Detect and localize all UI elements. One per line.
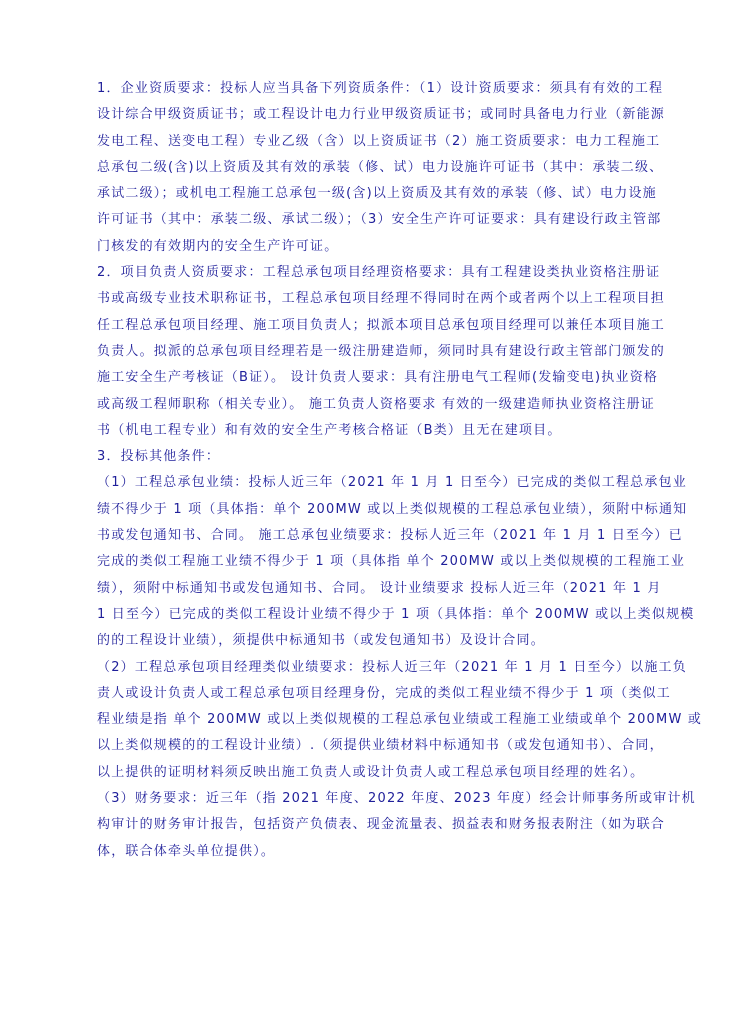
text-line: 绩），须附中标通知书或发包通知书、合同。 设计业绩要求 投标人近三年（2021 …: [97, 576, 642, 602]
text-line: 总承包二级(含)以上资质及其有效的承装（修、试）电力设施许可证书（其中：承装二级…: [97, 155, 642, 181]
text-line: 绩不得少于 1 项（具体指：单个 200MW 或以上类似规模的工程总承包业绩），…: [97, 497, 642, 523]
section-enterprise-qualification: 1．企业资质要求：投标人应当具备下列资质条件：（1）设计资质要求：须具有有效的工…: [97, 76, 642, 260]
text-line: 1．企业资质要求：投标人应当具备下列资质条件：（1）设计资质要求：须具有有效的工…: [97, 76, 642, 102]
section-financial-requirements: （3）财务要求：近三年（指 2021 年度、2022 年度、2023 年度）经会…: [97, 786, 642, 865]
text-line: （3）财务要求：近三年（指 2021 年度、2022 年度、2023 年度）经会…: [97, 786, 642, 812]
text-line: 门核发的有效期内的安全生产许可证。: [97, 234, 642, 260]
text-line: 负责人。拟派的总承包项目经理若是一级注册建造师，须同时具有建设行政主管部门颁发的: [97, 339, 642, 365]
text-line: 责人或设计负责人或工程总承包项目经理身份，完成的类似工程业绩不得少于 1 项（类…: [97, 681, 642, 707]
section-epc-performance: （1）工程总承包业绩：投标人近三年（2021 年 1 月 1 日至今）已完成的类…: [97, 470, 642, 654]
text-line: 许可证书（其中：承装二级、承试二级）；（3）安全生产许可证要求：具有建设行政主管…: [97, 207, 642, 233]
text-line: 1 日至今）已完成的类似工程设计业绩不得少于 1 项（具体指：单个 200MW …: [97, 602, 642, 628]
text-line: 体，联合体牵头单位提供）。: [97, 839, 642, 865]
section-project-leader-qualification: 2．项目负责人资质要求：工程总承包项目经理资格要求：具有工程建设类执业资格注册证…: [97, 260, 642, 444]
document-body: 1．企业资质要求：投标人应当具备下列资质条件：（1）设计资质要求：须具有有效的工…: [97, 76, 642, 865]
text-line: 发电工程、送变电工程）专业乙级（含）以上资质证书（2）施工资质要求：电力工程施工: [97, 129, 642, 155]
text-line: 2．项目负责人资质要求：工程总承包项目经理资格要求：具有工程建设类执业资格注册证: [97, 260, 642, 286]
text-line: （2）工程总承包项目经理类似业绩要求：投标人近三年（2021 年 1 月 1 日…: [97, 655, 642, 681]
text-line: 设计综合甲级资质证书；或工程设计电力行业甲级资质证书；或同时具备电力行业（新能源: [97, 102, 642, 128]
text-line: 的的工程设计业绩），须提供中标通知书（或发包通知书）及设计合同。: [97, 628, 642, 654]
text-line: 书（机电工程专业）和有效的安全生产考核合格证（B类）且无在建项目。: [97, 418, 642, 444]
text-line: 以上提供的证明材料须反映出施工负责人或设计负责人或工程总承包项目经理的姓名）。: [97, 760, 642, 786]
section-heading: 3．投标其他条件：: [97, 444, 642, 470]
text-line: 书或发包通知书、合同。 施工总承包业绩要求：投标人近三年（2021 年 1 月 …: [97, 523, 642, 549]
section-other-conditions-heading: 3．投标其他条件：: [97, 444, 642, 470]
text-line: 书或高级专业技术职称证书，工程总承包项目经理不得同时在两个或者两个以上工程项目担: [97, 286, 642, 312]
text-line: 承试二级）；或机电工程施工总承包一级(含)以上资质及其有效的承装（修、试）电力设…: [97, 181, 642, 207]
section-pm-performance: （2）工程总承包项目经理类似业绩要求：投标人近三年（2021 年 1 月 1 日…: [97, 655, 642, 786]
text-line: 或高级工程师职称（相关专业）。 施工负责人资格要求 有效的一级建造师执业资格注册…: [97, 392, 642, 418]
text-line: 完成的类似工程施工业绩不得少于 1 项（具体指 单个 200MW 或以上类似规模…: [97, 549, 642, 575]
text-line: 程业绩是指 单个 200MW 或以上类似规模的工程总承包业绩或工程施工业绩或单个…: [97, 707, 642, 733]
text-line: 施工安全生产考核证（B证）。 设计负责人要求：具有注册电气工程师(发输变电)执业…: [97, 365, 642, 391]
text-line: （1）工程总承包业绩：投标人近三年（2021 年 1 月 1 日至今）已完成的类…: [97, 470, 642, 496]
text-line: 任工程总承包项目经理、施工项目负责人；拟派本项目总承包项目经理可以兼任本项目施工: [97, 313, 642, 339]
text-line: 以上类似规模的的工程设计业绩）.（须提供业绩材料中标通知书（或发包通知书）、合同…: [97, 733, 642, 759]
text-line: 构审计的财务审计报告，包括资产负债表、现金流量表、损益表和财务报表附注（如为联合: [97, 812, 642, 838]
